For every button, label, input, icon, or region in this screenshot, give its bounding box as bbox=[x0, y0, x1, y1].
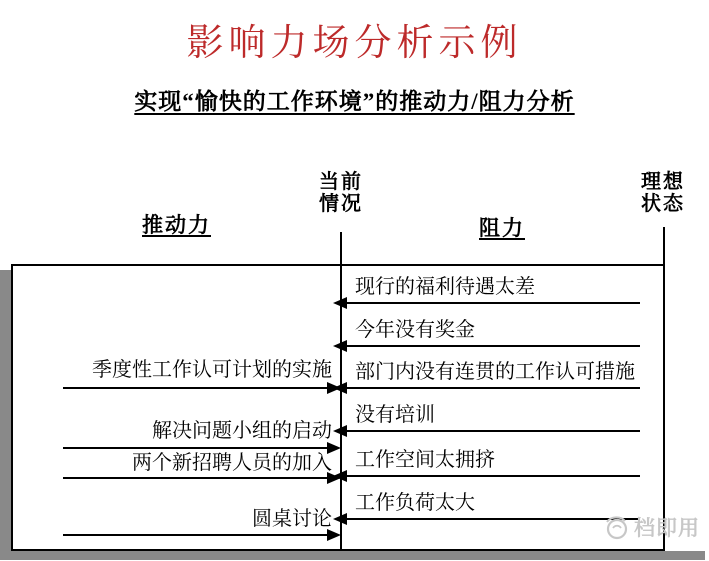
left-arrow-icon bbox=[347, 302, 640, 304]
header-current-state: 当前情况 bbox=[307, 171, 375, 215]
resistance-force-label: 今年没有奖金 bbox=[355, 318, 475, 342]
watermark-text: 档即用 bbox=[634, 512, 700, 542]
left-arrow-icon bbox=[347, 518, 640, 520]
right-arrow-icon bbox=[63, 534, 327, 536]
resistance-force-label: 部门内没有连贯的工作认可措施 bbox=[355, 360, 635, 384]
slide: 影响力场分析示例 实现“愉快的工作环境”的推动力/阻力分析 推动力 当前情况 阻… bbox=[0, 0, 709, 561]
watermark: 档即用 bbox=[601, 512, 700, 542]
header-resistance-forces: 阻力 bbox=[479, 212, 525, 242]
header-current-line2: 情况 bbox=[319, 193, 363, 215]
right-arrow-icon bbox=[63, 387, 327, 389]
watermark-logo-icon bbox=[601, 512, 631, 542]
header-driving-forces: 推动力 bbox=[142, 209, 211, 239]
left-arrow-icon bbox=[347, 475, 640, 477]
subtitle: 实现“愉快的工作环境”的推动力/阻力分析 bbox=[0, 83, 709, 116]
header-ideal-line1: 理想 bbox=[641, 171, 685, 193]
page-title: 影响力场分析示例 bbox=[0, 12, 709, 66]
ideal-state-line bbox=[663, 227, 665, 267]
header-current-line1: 当前 bbox=[319, 171, 363, 193]
driving-force-label: 解决问题小组的启动 bbox=[152, 419, 332, 443]
driving-force-label: 季度性工作认可计划的实施 bbox=[92, 358, 332, 382]
resistance-force-label: 现行的福利待遇太差 bbox=[355, 275, 535, 299]
driving-force-label: 圆桌讨论 bbox=[252, 507, 332, 531]
right-arrow-icon bbox=[63, 477, 327, 479]
shadow-bar bbox=[0, 551, 705, 560]
driving-force-label: 两个新招聘人员的加入 bbox=[132, 451, 332, 475]
header-ideal-line2: 状态 bbox=[641, 193, 685, 215]
header-ideal-state: 理想状态 bbox=[629, 171, 697, 215]
left-arrow-icon bbox=[347, 387, 640, 389]
left-arrow-icon bbox=[347, 430, 640, 432]
resistance-force-label: 工作负荷太大 bbox=[355, 491, 475, 515]
left-arrow-icon bbox=[347, 345, 640, 347]
right-arrow-icon bbox=[63, 447, 327, 449]
resistance-force-label: 没有培训 bbox=[355, 403, 435, 427]
resistance-force-label: 工作空间太拥挤 bbox=[355, 448, 495, 472]
